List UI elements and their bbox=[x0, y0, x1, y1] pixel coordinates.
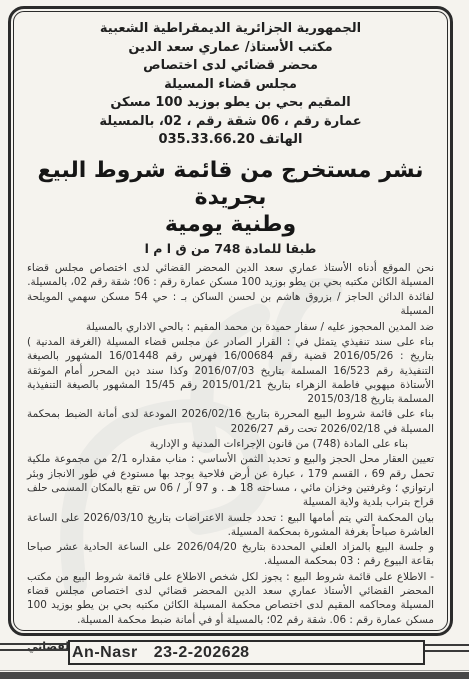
notice-border-frame: الجمهورية الجزائرية الديمقراطية الشعبية … bbox=[8, 6, 453, 636]
notice-title-line2: وطنية يومية bbox=[27, 211, 434, 238]
paragraph-property-description: تعيين العقار محل الحجز والبيع و تحديد ال… bbox=[27, 452, 434, 509]
office-header: الجمهورية الجزائرية الديمقراطية الشعبية … bbox=[27, 20, 434, 150]
issue-date: 23-2-2026 bbox=[154, 644, 231, 662]
scanned-legal-notice-page: { "header": { "lines": [ "الجمهورية الجز… bbox=[0, 0, 469, 679]
paragraph-debtor: ضد المدين المحجوز عليه / سفار حميدة بن م… bbox=[27, 320, 434, 334]
footer-rule-right-2 bbox=[425, 650, 469, 652]
notice-title-line1: نشر مستخرج من قائمة شروط البيع بجريدة bbox=[27, 157, 434, 211]
paragraph-objections-session: بيان المحكمة التي يتم أمامها البيع : تحد… bbox=[27, 511, 434, 540]
paragraph-creditor: لفائدة الدائن الحاجز / بزروق هاشم بن لحس… bbox=[27, 290, 434, 319]
paragraph-executive-title: بناء على سند تنفيذي يتمثل في : القرار ال… bbox=[27, 335, 434, 406]
paragraph-intro: نحن الموقع أدناه الأستاذ عماري سعد الدين… bbox=[27, 261, 434, 290]
paragraph-article-748: بناء على المادة (748) من قانون الإجراءات… bbox=[27, 437, 434, 451]
notice-content: الجمهورية الجزائرية الديمقراطية الشعبية … bbox=[13, 11, 448, 631]
header-line-council: مجلس قضاء المسيلة bbox=[27, 76, 434, 95]
notice-subtitle: طبقا للمادة 748 من ق ا م ا bbox=[27, 241, 434, 256]
header-line-office: مكتب الأستاذ/ عماري سعد الدين bbox=[27, 39, 434, 58]
paragraph-consultation: - الاطلاع على قائمة شروط البيع : يجوز لك… bbox=[27, 570, 434, 627]
paragraph-conditions-list: بناء على قائمة شروط البيع المحررة بتاريخ… bbox=[27, 407, 434, 436]
paragraph-auction-session: و جلسة البيع بالمزاد العلني المحددة بتار… bbox=[27, 540, 434, 569]
page-fold-band bbox=[0, 672, 469, 679]
header-line-bailiff: محضر قضائي لدى اختصاص bbox=[27, 57, 434, 76]
footer-rule-right-1 bbox=[425, 644, 469, 646]
notice-title: نشر مستخرج من قائمة شروط البيع بجريدة وط… bbox=[27, 157, 434, 238]
header-line-address1: المقيم بحي بن يطو بوزيد 100 مسكن bbox=[27, 94, 434, 113]
newspaper-footer-box: An-Nasr 23-2-2026 28 bbox=[68, 640, 425, 665]
header-line-address2: عمارة رقم ، 06 شقة رقم ، 02، بالمسيلة bbox=[27, 113, 434, 132]
header-line-phone: الهاتف 035.33.66.20 bbox=[27, 131, 434, 150]
footer-rule-left-2 bbox=[0, 649, 68, 651]
header-line-republic: الجمهورية الجزائرية الديمقراطية الشعبية bbox=[27, 20, 434, 39]
page-number: 28 bbox=[231, 644, 249, 662]
newspaper-name: An-Nasr bbox=[72, 644, 154, 662]
footer-rule-left-1 bbox=[0, 643, 68, 645]
bottom-edge-highlight bbox=[0, 670, 469, 671]
notice-body: نحن الموقع أدناه الأستاذ عماري سعد الدين… bbox=[27, 261, 434, 627]
